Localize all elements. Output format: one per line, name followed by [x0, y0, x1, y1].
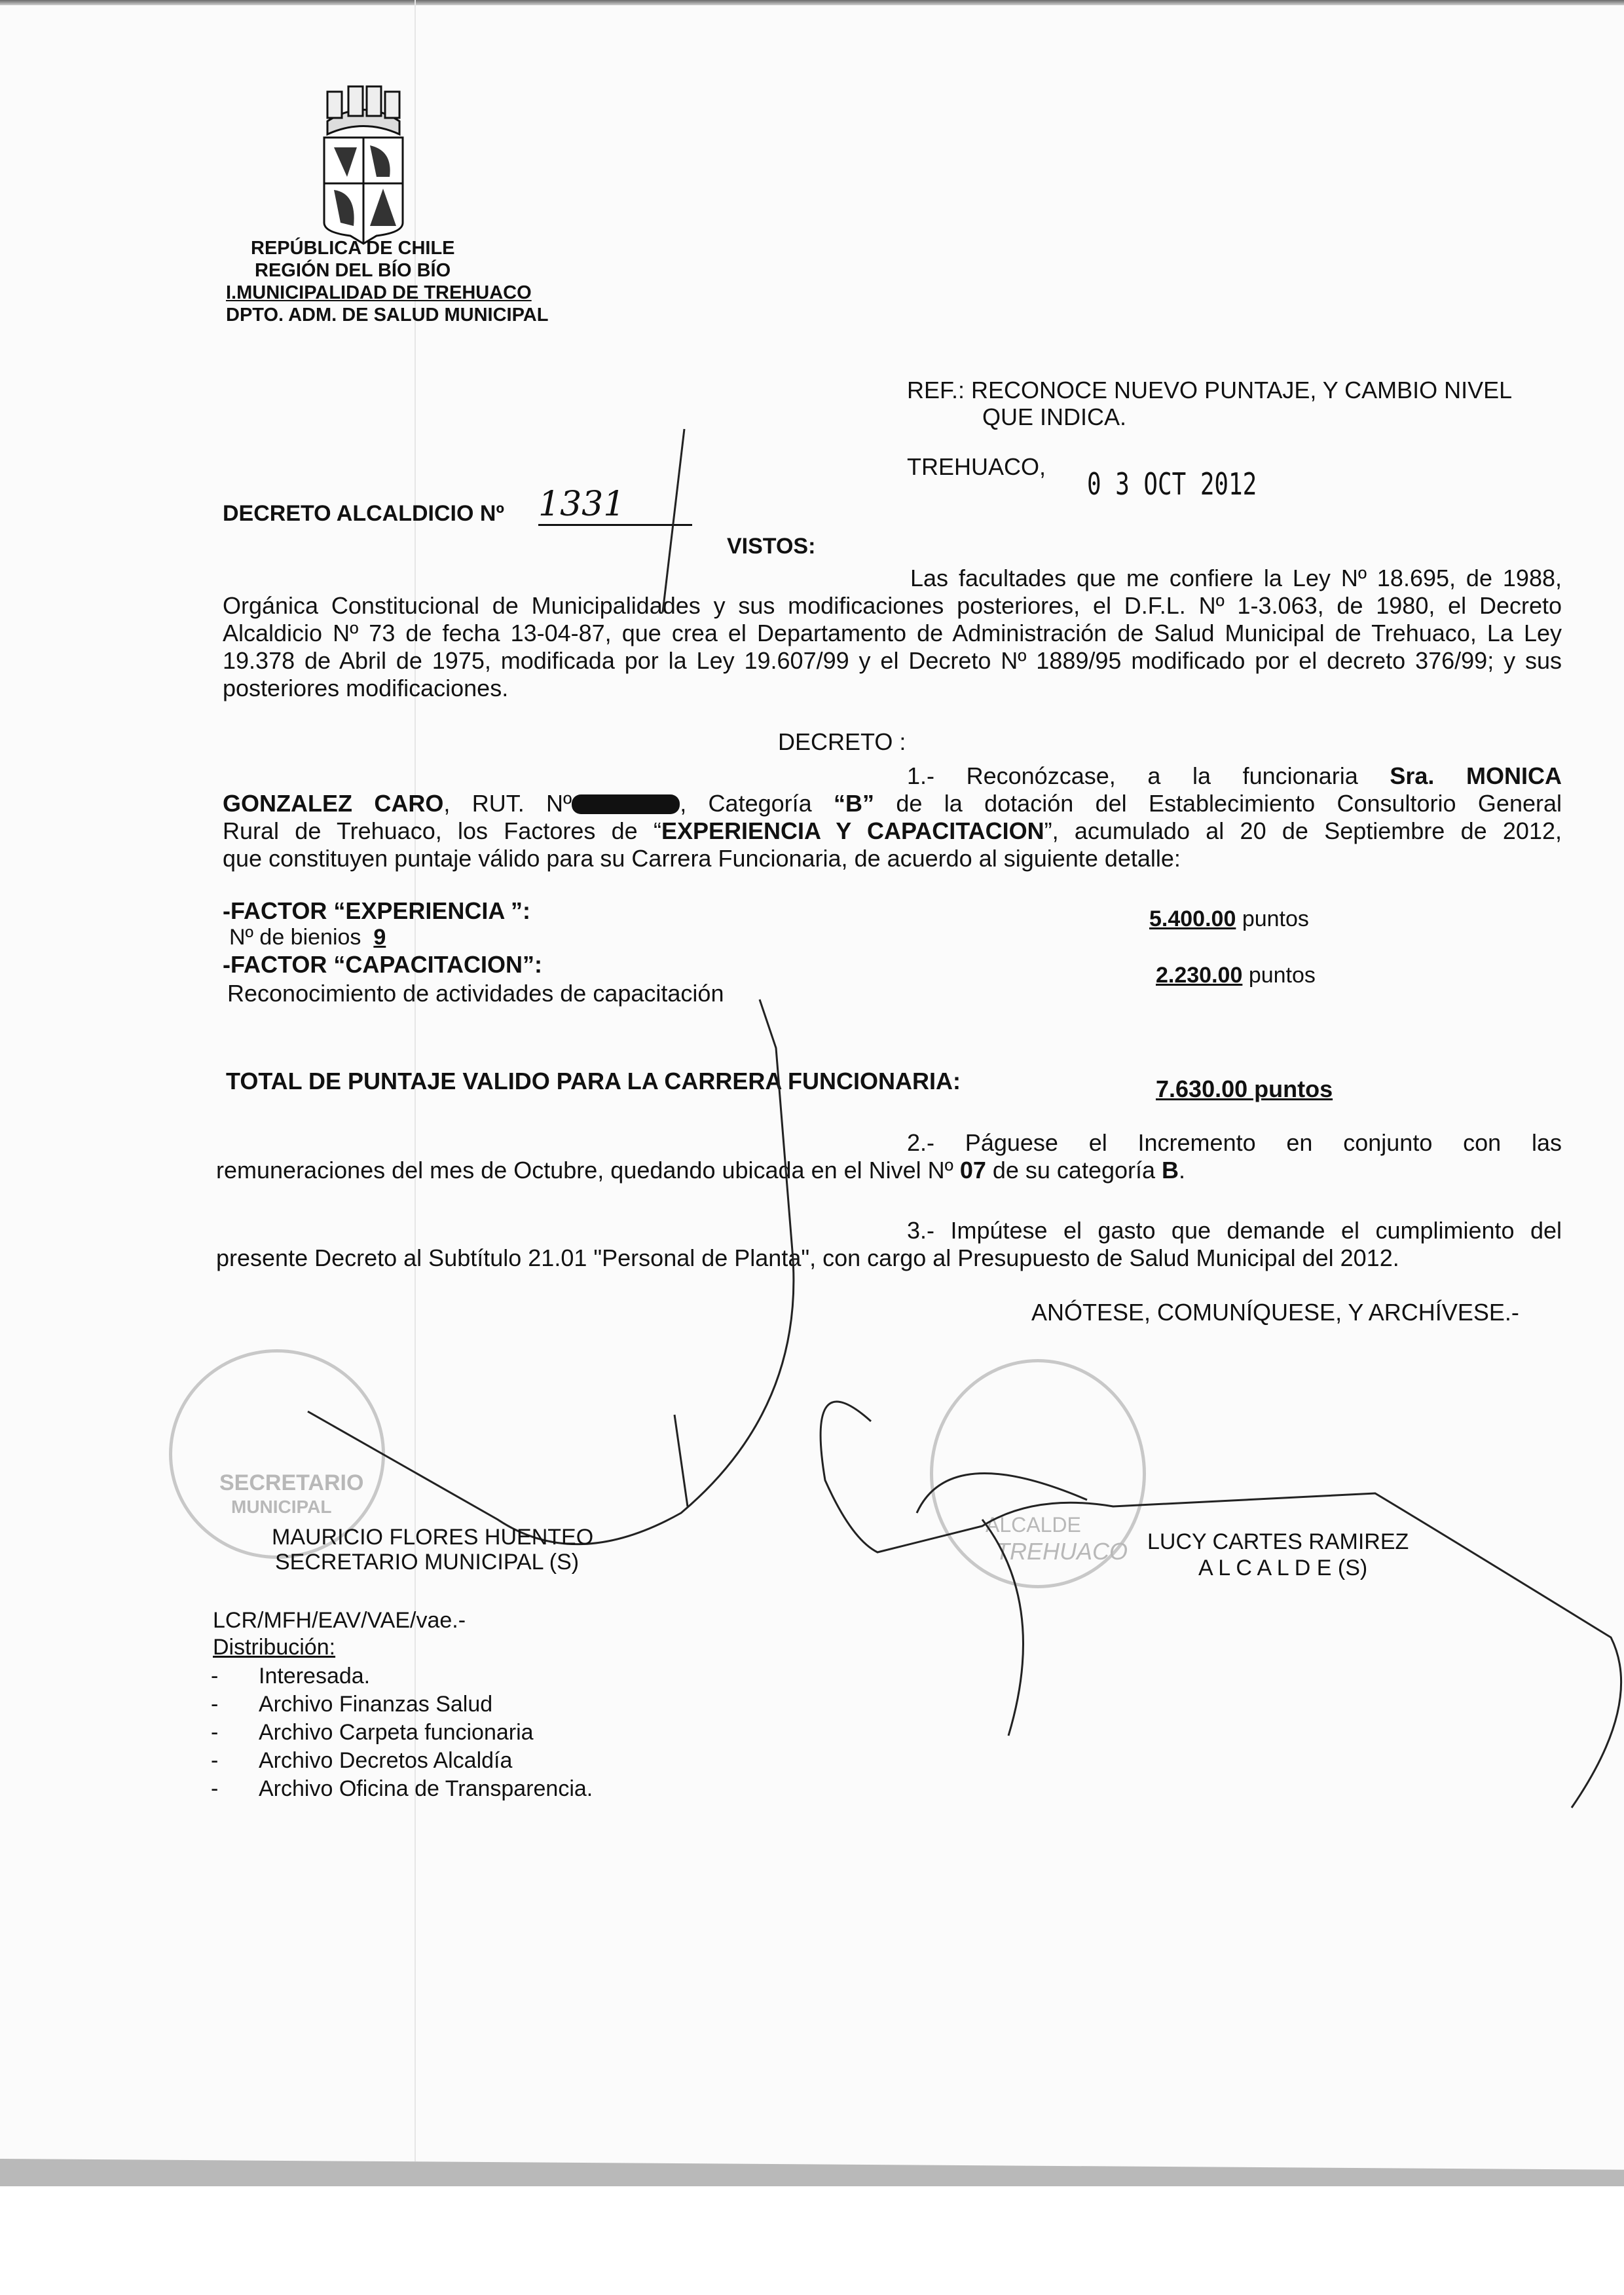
distribution-list: -Interesada. -Archivo Finanzas Salud -Ar…: [211, 1662, 593, 1803]
mayor-name: LUCY CARTES RAMIREZ: [1147, 1529, 1409, 1555]
distribution-title: Distribución:: [213, 1635, 335, 1660]
scan-edge-bottom: [0, 2159, 1624, 2186]
document-page: REPÚBLICA DE CHILE REGIÓN DEL BÍO BÍO I.…: [0, 0, 1624, 2181]
distribution-item: -Archivo Decretos Alcaldía: [211, 1747, 593, 1775]
distribution-item: -Archivo Carpeta funcionaria: [211, 1719, 593, 1747]
distribution-item: -Interesada.: [211, 1662, 593, 1690]
distribution-item: -Archivo Finanzas Salud: [211, 1690, 593, 1719]
mayor-title: A L C A L D E (S): [1198, 1556, 1367, 1581]
handwritten-signatures: [0, 0, 1624, 2161]
distribution-item: -Archivo Oficina de Transparencia.: [211, 1775, 593, 1803]
initials: LCR/MFH/EAV/VAE/vae.-: [213, 1608, 466, 1633]
secretary-name: MAURICIO FLORES HUENTEO: [272, 1525, 593, 1550]
secretary-title: SECRETARIO MUNICIPAL (S): [275, 1550, 579, 1575]
